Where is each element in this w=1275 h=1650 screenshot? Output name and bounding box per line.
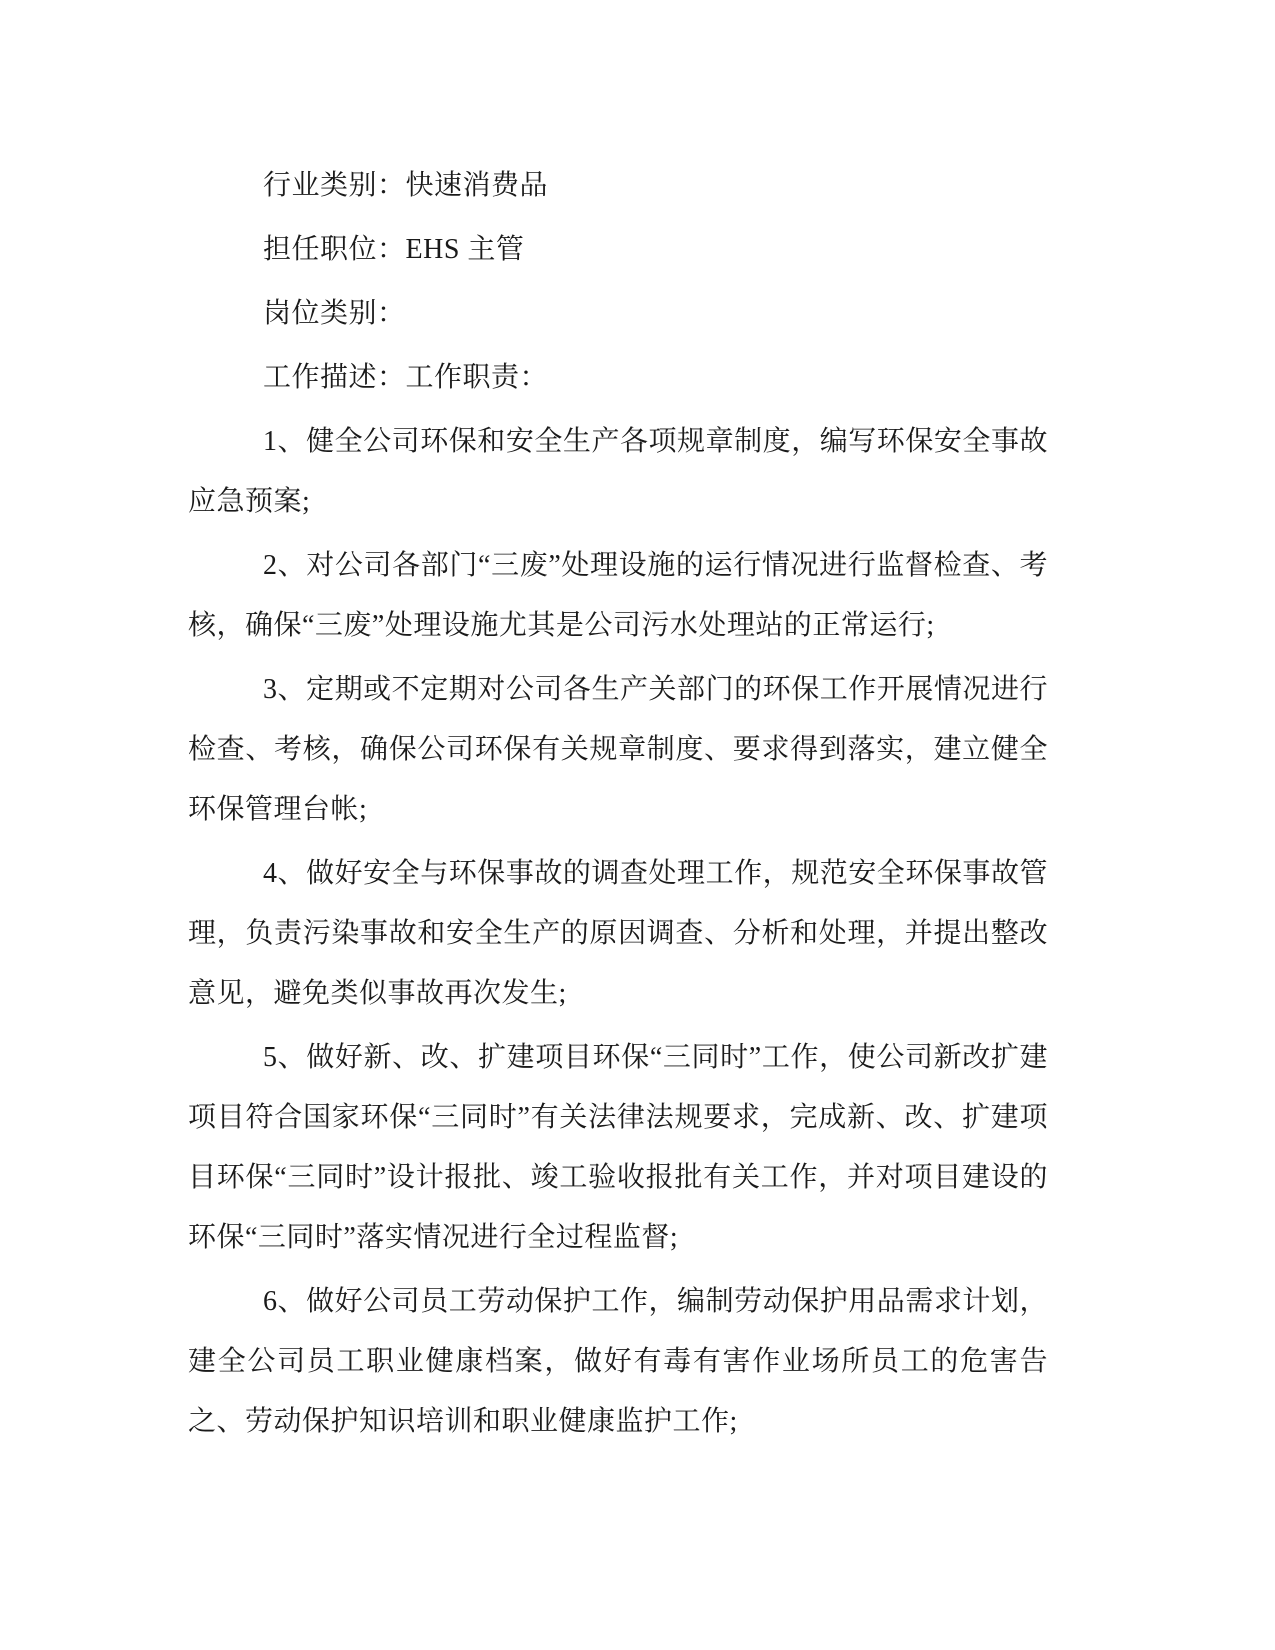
field-position-held: 担任职位：EHS 主管 [188, 220, 1048, 280]
field-job-description: 工作描述：工作职责： [188, 348, 1048, 408]
duty-item-2: 2、对公司各部门“三废”处理设施的运行情况进行监督检查、考核，确保“三废”处理设… [188, 536, 1048, 656]
field-industry-category: 行业类别：快速消费品 [188, 156, 1048, 216]
duty-item-3: 3、定期或不定期对公司各生产关部门的环保工作开展情况进行检查、考核，确保公司环保… [188, 660, 1048, 840]
duty-item-4: 4、做好安全与环保事故的调查处理工作，规范安全环保事故管理，负责污染事故和安全生… [188, 844, 1048, 1024]
document-page: 行业类别：快速消费品 担任职位：EHS 主管 岗位类别： 工作描述：工作职责： … [0, 0, 1275, 1650]
duty-item-1: 1、健全公司环保和安全生产各项规章制度，编写环保安全事故应急预案; [188, 412, 1048, 532]
document-body: 行业类别：快速消费品 担任职位：EHS 主管 岗位类别： 工作描述：工作职责： … [188, 156, 1048, 1452]
duty-item-6: 6、做好公司员工劳动保护工作，编制劳动保护用品需求计划，建全公司员工职业健康档案… [188, 1272, 1048, 1452]
field-post-category: 岗位类别： [188, 284, 1048, 344]
duty-item-5: 5、做好新、改、扩建项目环保“三同时”工作，使公司新改扩建项目符合国家环保“三同… [188, 1028, 1048, 1268]
